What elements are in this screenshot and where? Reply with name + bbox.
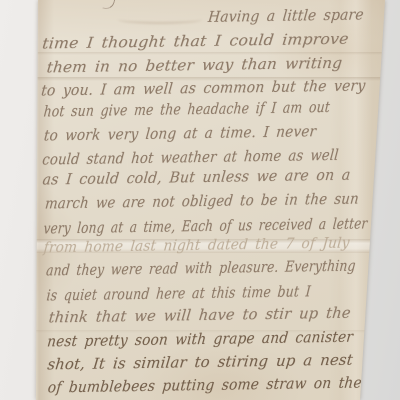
letter-line-8: as I could cold, But unless we are on a	[42, 166, 352, 189]
letter-line-14: think that we will have to stir up the	[48, 304, 352, 327]
letter-line-12: and they were read with pleasure. Everyt…	[45, 257, 356, 280]
letter-photo: Having a little sparetime I thought that…	[0, 0, 400, 400]
letter-line-11: from home last night dated the 7 of July	[43, 234, 351, 257]
letter-line-9: march we are not obliged to be in the su…	[44, 189, 359, 212]
letter-line-17: of bumblebees putting some straw on the	[47, 373, 363, 396]
letter-line-16: shot, It is similar to stiring up a nest	[47, 351, 354, 374]
letter-line-4: to you. I am well as common but the very	[40, 76, 366, 99]
letter-line-5: hot sun give me the headache if I am out	[43, 98, 331, 121]
letter-line-3: them in no better way than writing	[46, 54, 343, 77]
letter-line-1: Having a little spare	[207, 5, 364, 25]
paper-shadow: Having a little sparetime I thought that…	[0, 0, 400, 400]
letter-line-7: could stand hot weather at home as well	[42, 146, 340, 169]
letter-line-6: to work very long at a time. I never	[43, 122, 317, 144]
letter-line-13: is quiet around here at this time but I	[46, 282, 312, 304]
letter-line-15: nest pretty soon with grape and canister	[46, 328, 354, 351]
letter-line-2: time I thought that I could improve	[41, 30, 349, 53]
letter-paper: Having a little sparetime I thought that…	[0, 0, 400, 400]
letter-text: Having a little sparetime I thought that…	[0, 0, 400, 400]
